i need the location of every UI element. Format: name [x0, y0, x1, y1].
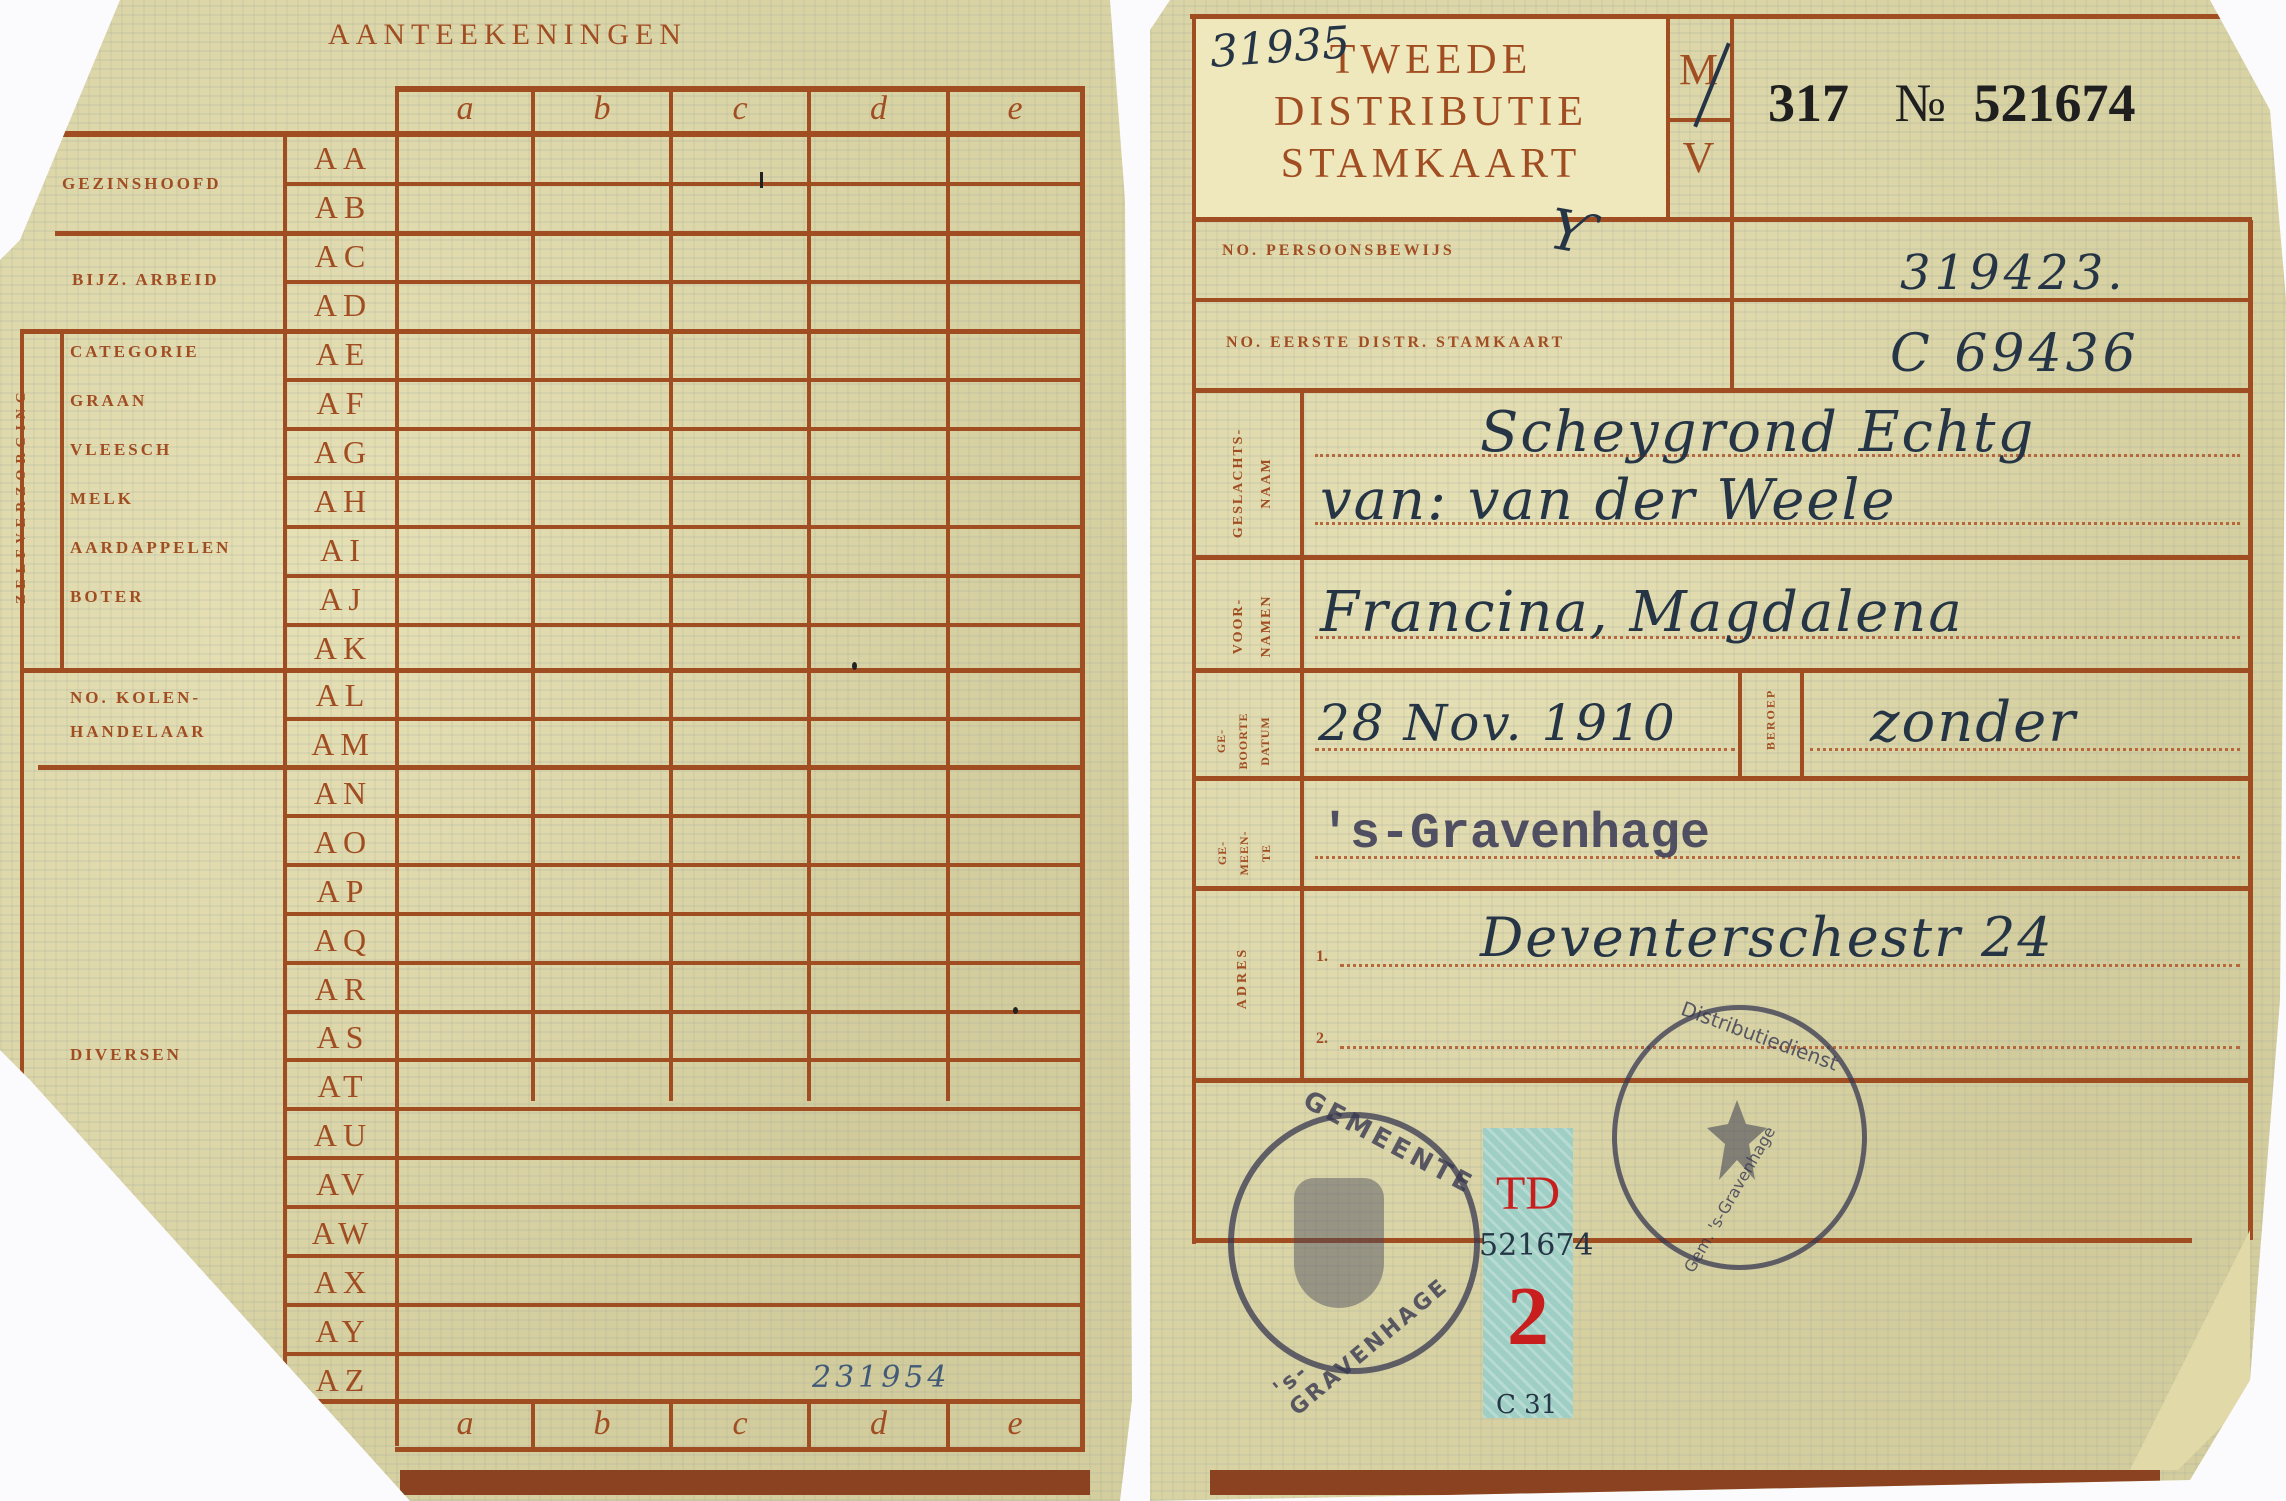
rule [55, 231, 1082, 236]
distributiedienst-stamp: Distributiedienst Gem. 's-Gravenhage [1612, 1005, 1867, 1270]
value-eerste-stamkaart: C 69436 [1890, 324, 2140, 384]
rule [1192, 555, 2252, 560]
serial-symbol: № [1895, 73, 1947, 133]
rule [287, 1107, 1082, 1111]
category-diversen: DIVERSEN [70, 1045, 182, 1065]
revenue-stamp-number: 521674 [1479, 1228, 1594, 1263]
label-geboortedatum: GE- BOORTE DATUM [1210, 686, 1276, 796]
rule [1192, 668, 2252, 673]
row-code: AO [295, 824, 391, 861]
row-code: AB [295, 189, 391, 226]
row-code: AK [295, 630, 391, 667]
label-gemeente: GE- MEEN- TE [1211, 803, 1277, 903]
category-gezinshoofd: GEZINSHOOFD [62, 174, 222, 194]
value-geslachtsnaam-line1: Scheygrond Echtg [1480, 400, 2035, 465]
ink-mark [852, 662, 857, 670]
rule [287, 476, 1082, 480]
row-code: AX [295, 1264, 391, 1301]
rule [287, 717, 1082, 721]
row-code: AY [295, 1313, 391, 1350]
label-eerste-stamkaart: NO. EERSTE DISTR. STAMKAART [1226, 334, 1565, 352]
serial-number: 521674 [1974, 73, 2136, 133]
rule [1730, 220, 1734, 390]
row-code: AC [295, 238, 391, 275]
category-kolen-line2: HANDELAAR [70, 722, 207, 742]
rule [287, 1352, 1082, 1356]
rule [287, 280, 1082, 284]
rule [531, 86, 535, 1101]
left-page-title: AANTEEKENINGEN [328, 18, 687, 52]
rule [1192, 217, 2252, 222]
row-code: AJ [295, 581, 391, 618]
group-label-zelfverzorging: ZELFVERZORGING [14, 345, 30, 645]
rule [287, 1058, 1082, 1062]
rule [60, 330, 64, 670]
label-persoonsbewijs: NO. PERSOONSBEWIJS [1222, 242, 1455, 260]
row-code: AV [295, 1166, 391, 1203]
row-code: AP [295, 873, 391, 910]
serial-prefix: 317 [1768, 73, 1849, 133]
coat-of-arms-icon [1294, 1178, 1384, 1308]
adres-number-1: 1. [1316, 948, 1328, 966]
rule [1300, 390, 1304, 1080]
rule [287, 623, 1082, 627]
rule [1192, 776, 2252, 781]
row-code: AA [295, 140, 391, 177]
gender-m: M [1670, 44, 1730, 95]
category-melk: MELK [70, 489, 134, 509]
value-adres-1: Deventerschestr 24 [1480, 906, 2054, 969]
value-geboortedatum: 28 Nov. 1910 [1318, 694, 1677, 752]
rule [38, 765, 1082, 770]
page-edge-band [400, 1470, 1090, 1495]
rule [287, 863, 1082, 867]
rule [1730, 19, 1734, 219]
row-code: AM [295, 726, 391, 763]
rule [20, 668, 1082, 673]
rule [2248, 220, 2253, 1240]
left-page-aanteekeningen: AANTEEKENINGEN a b c d e a b c [0, 0, 1132, 1501]
value-beroep: zonder [1870, 690, 2077, 755]
rule [20, 329, 1082, 334]
rule [287, 814, 1082, 818]
category-vleesch: VLEESCH [70, 440, 172, 460]
category-graan: GRAAN [70, 391, 147, 411]
rule [287, 1303, 1082, 1307]
revenue-stamp-letters: TD [1483, 1166, 1573, 1221]
value-gemeente-stamp: 's-Gravenhage [1320, 806, 1710, 863]
row-code: AD [295, 287, 391, 324]
column-header-e: e [950, 90, 1080, 128]
row-code: AR [295, 971, 391, 1008]
column-header-c: c [673, 90, 807, 128]
rule [1800, 670, 1804, 778]
rule [287, 1254, 1082, 1258]
value-voornamen: Francina, Magdalena [1320, 580, 1964, 645]
right-page-stamkaart: TWEEDE DISTRIBUTIE STAMKAART 31935 M V 3… [1150, 0, 2286, 1501]
revenue-stamp-digit: 2 [1483, 1268, 1573, 1365]
rule [287, 182, 1082, 186]
row-code: AS [295, 1019, 391, 1056]
category-aardappelen: AARDAPPELEN [70, 538, 231, 558]
rule [669, 86, 673, 1101]
row-code: AZ [295, 1362, 391, 1399]
rule [287, 1010, 1082, 1014]
revenue-stamp: TD 521674 2 [1483, 1128, 1573, 1418]
rule [287, 525, 1082, 529]
rule [287, 427, 1082, 431]
rule [287, 1205, 1082, 1209]
title-line-3: STAMKAART [1196, 140, 1666, 188]
row-code: AQ [295, 922, 391, 959]
row-code: AG [295, 434, 391, 471]
category-boter: BOTER [70, 587, 145, 607]
page-edge-band [1210, 1470, 2160, 1495]
adres-number-2: 2. [1316, 1030, 1328, 1048]
column-footer-c: c [673, 1405, 807, 1443]
rule [1192, 886, 2252, 891]
column-footer-e: e [950, 1405, 1080, 1443]
revenue-stamp-code: C 31 [1496, 1390, 1557, 1420]
gemeente-stamp: GEMEENTE 's-GRAVENHAGE [1228, 1112, 1480, 1374]
folded-corner [2130, 1230, 2250, 1470]
row-code: AW [295, 1215, 391, 1252]
label-adres: ADRES [1235, 923, 1251, 1033]
row-code: AI [295, 532, 391, 569]
handwritten-number: 231954 [812, 1360, 951, 1395]
row-code: AT [295, 1068, 391, 1105]
rule [287, 378, 1082, 382]
rule [1738, 670, 1742, 778]
column-header-b: b [535, 90, 669, 128]
serial-number-row: 317 № 521674 [1768, 72, 2136, 134]
column-header-a: a [399, 90, 531, 128]
title-line-2: DISTRIBUTIE [1196, 88, 1666, 136]
rule [287, 961, 1082, 965]
gender-v: V [1670, 132, 1730, 183]
value-persoonsbewijs: 319423. [1900, 245, 2127, 301]
value-geslachtsnaam-line2: van: van der Weele [1320, 468, 1897, 533]
rule [287, 1156, 1082, 1160]
category-kolen-line1: NO. KOLEN- [70, 688, 201, 708]
rule [55, 131, 1085, 137]
rule [395, 1447, 1085, 1452]
category-bijz-arbeid: BIJZ. ARBEID [72, 270, 219, 290]
row-code: AN [295, 775, 391, 812]
row-code: AF [295, 385, 391, 422]
row-code: AU [295, 1117, 391, 1154]
row-code: AH [295, 483, 391, 520]
rule [1192, 388, 2252, 393]
label-voornamen: VOOR- NAMEN [1225, 551, 1281, 701]
ink-mark [1013, 1007, 1018, 1014]
column-header-d: d [811, 90, 946, 128]
column-footer-b: b [535, 1405, 669, 1443]
rule [287, 574, 1082, 578]
rule [946, 86, 950, 1101]
row-code: AL [295, 677, 391, 714]
rule [807, 86, 811, 1101]
ink-mark [760, 172, 763, 188]
rule [287, 912, 1082, 916]
label-geslachtsnaam: GESLACHTS- NAAM [1225, 408, 1281, 558]
title-annotation: 31935 [1208, 17, 1351, 78]
category-categorie: CATEGORIE [70, 342, 200, 362]
distributie-stamp-text: Distributiedienst [1678, 996, 1842, 1075]
label-beroep: BEROEP [1764, 670, 1779, 770]
column-footer-a: a [399, 1405, 531, 1443]
column-footer-d: d [811, 1405, 946, 1443]
row-code: AE [295, 336, 391, 373]
